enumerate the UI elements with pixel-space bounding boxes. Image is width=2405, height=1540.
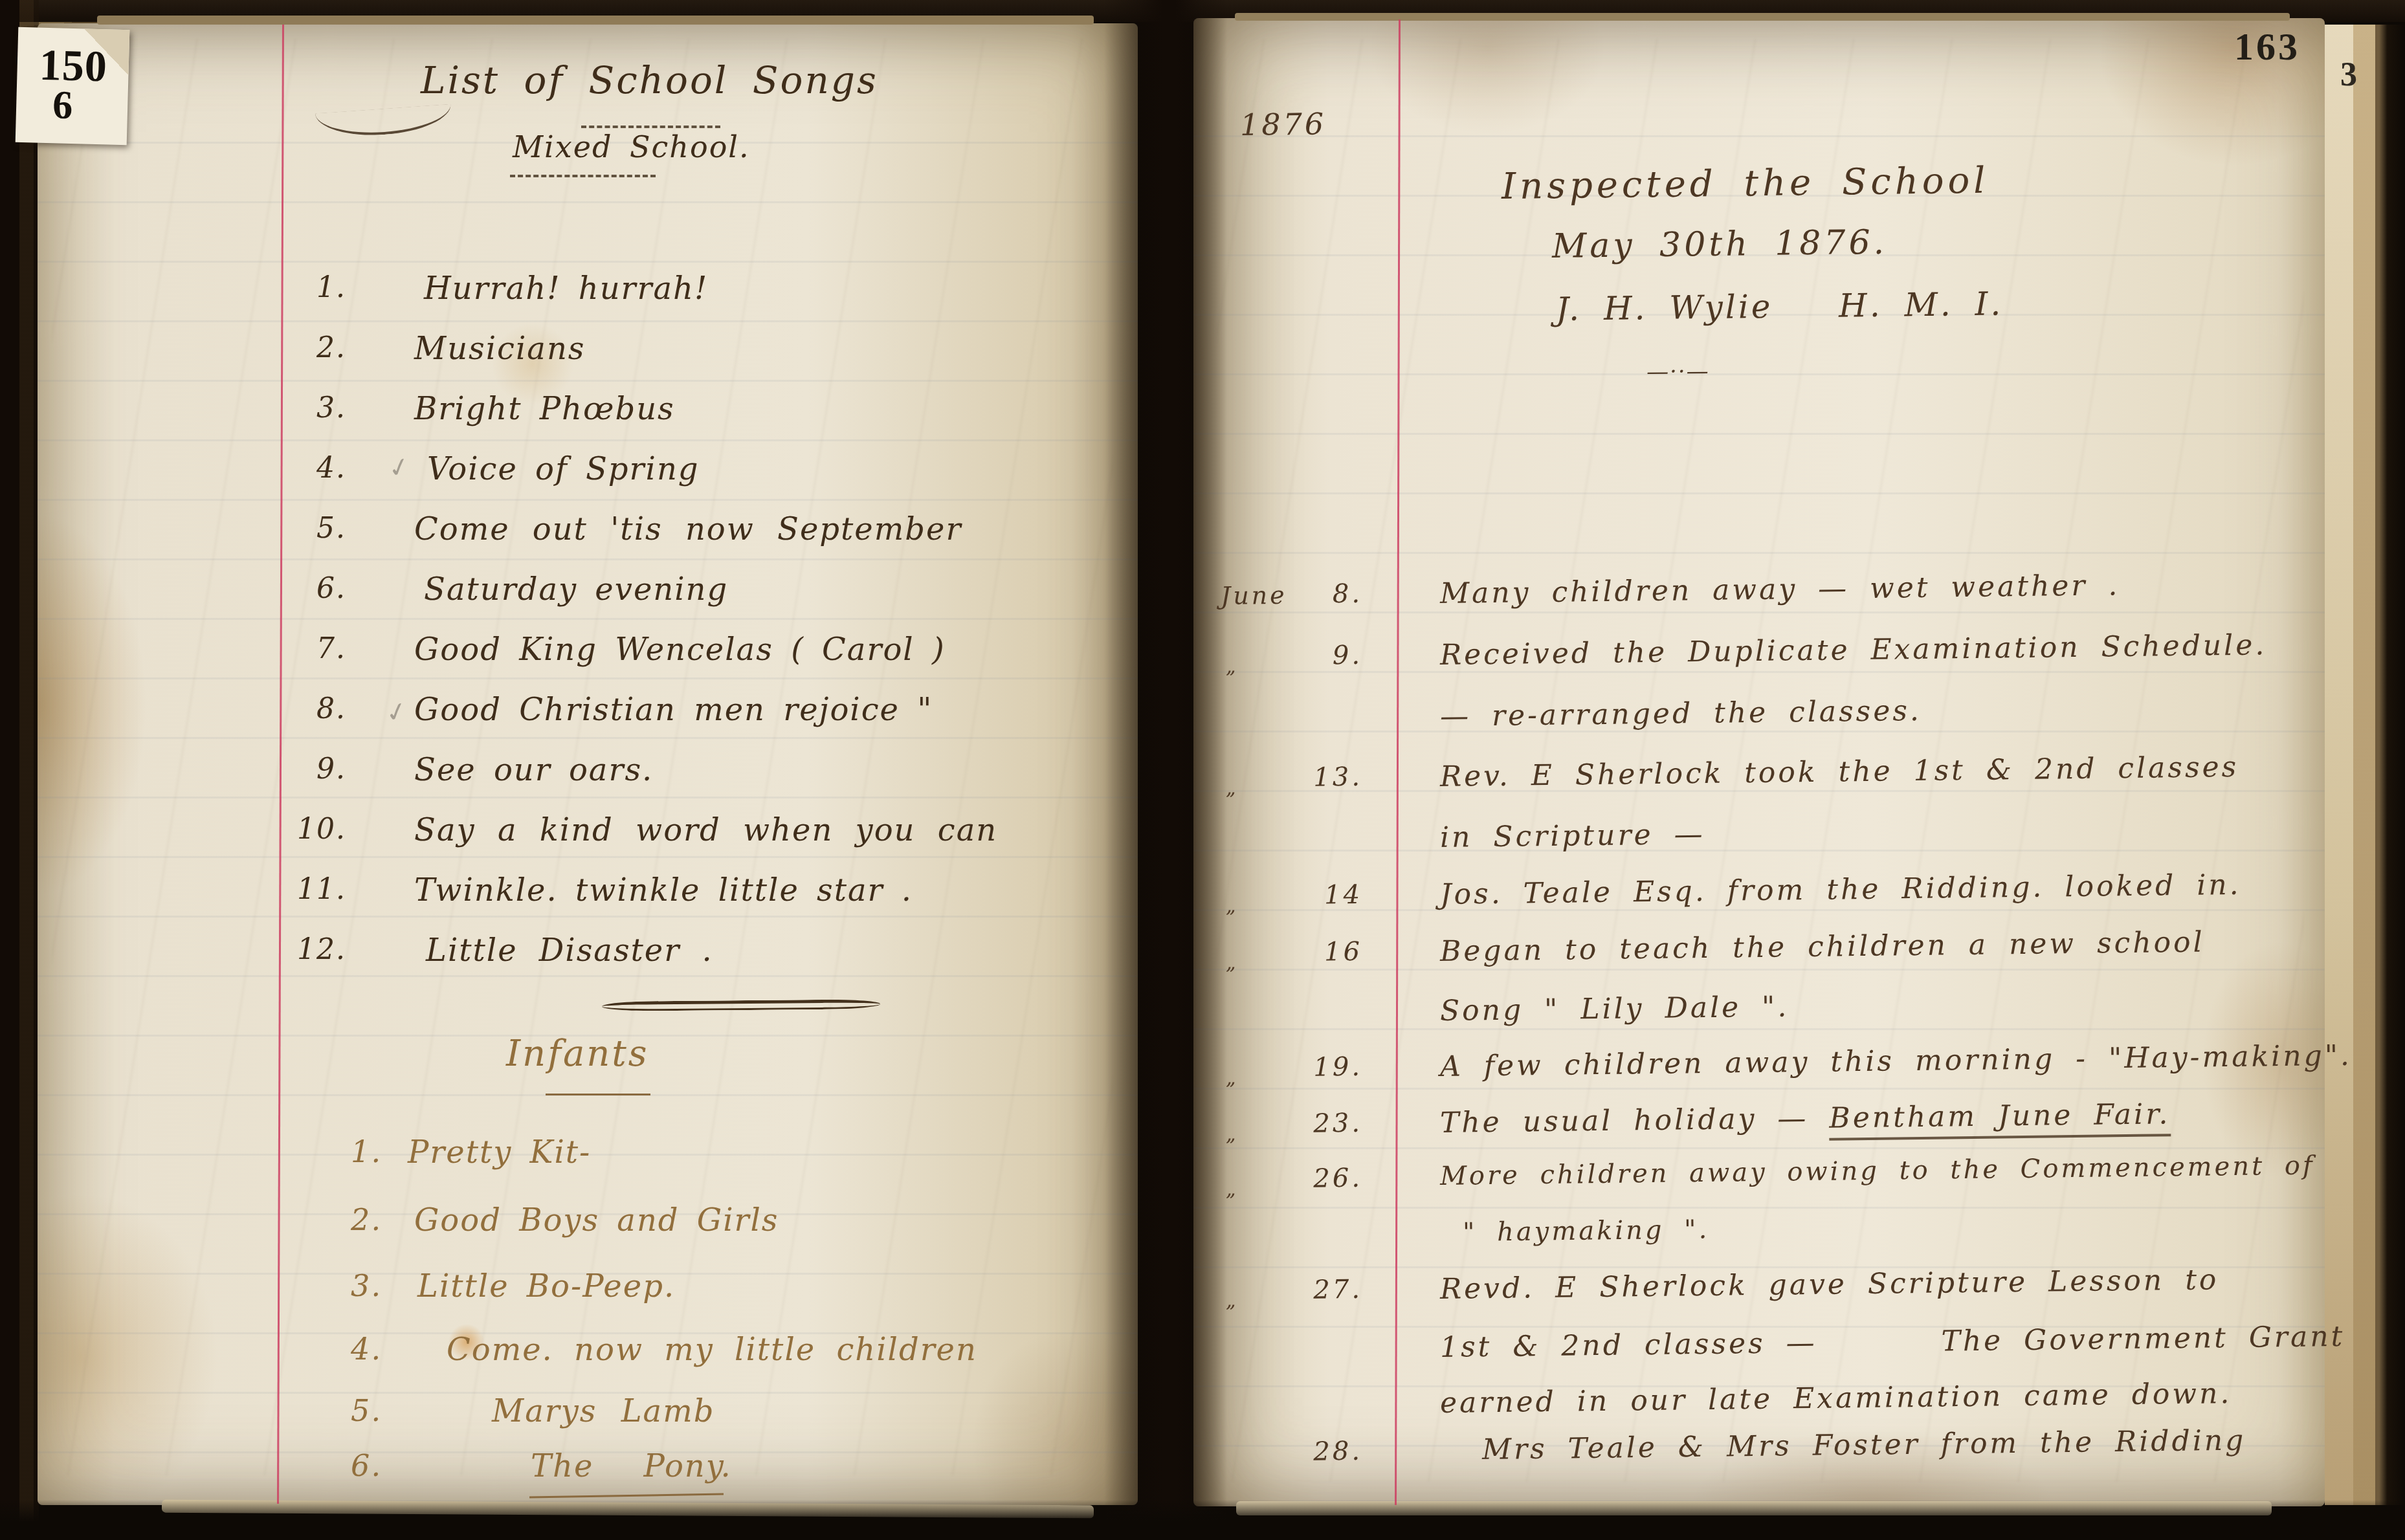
- ditto-mark: „: [1226, 1179, 1239, 1201]
- top-page-edge-left: [97, 16, 1094, 25]
- right-page-number: 163: [2234, 25, 2300, 69]
- entry-day: 19.: [1298, 1053, 1363, 1083]
- entry-text: — re-arranged the classes.: [1440, 695, 1922, 732]
- inspection-note-line2: May 30th 1876.: [1552, 224, 1888, 266]
- ditto-mark: „: [1226, 1290, 1239, 1312]
- song-number: 9.: [272, 753, 346, 785]
- entry-day: 9.: [1298, 641, 1363, 671]
- signature-flourish: —··—: [1646, 359, 1710, 384]
- song-title: Say a kind word when you can: [414, 813, 997, 848]
- left-page-number-under: 6: [52, 82, 73, 129]
- song-number: 6.: [272, 573, 346, 604]
- song-number: 12.: [272, 934, 346, 965]
- song-number: 4.: [311, 1333, 382, 1367]
- song-title: Hurrah! hurrah!: [424, 272, 708, 307]
- entry-text-lead: The usual holiday —: [1440, 1102, 1830, 1139]
- song-title: The Pony.: [531, 1449, 732, 1484]
- ditto-mark: „: [1226, 656, 1239, 678]
- song-title: Good King Wencelas ( Carol ): [414, 633, 946, 668]
- ditto-mark: „: [1226, 1124, 1239, 1146]
- inspection-note-line1: Inspected the School: [1502, 161, 1989, 208]
- title-dash-rule: [581, 126, 720, 128]
- ditto-mark: „: [1226, 778, 1239, 800]
- song-title: Little Disaster .: [426, 934, 713, 969]
- top-page-edge-right: [1235, 13, 2290, 21]
- song-number: 8.: [272, 693, 346, 725]
- entry-day: 27.: [1298, 1275, 1363, 1305]
- song-number: 10.: [272, 813, 346, 845]
- page-edge-stack-2: [2353, 25, 2375, 1505]
- ditto-mark: „: [1226, 952, 1239, 974]
- entry-day: 23.: [1298, 1109, 1363, 1139]
- song-title: See our oars.: [414, 753, 653, 788]
- left-corner-label: 150 6: [16, 27, 130, 145]
- song-number: 4.: [272, 452, 346, 484]
- entry-text: in Scripture —: [1440, 819, 1705, 853]
- year-label: 1876: [1240, 107, 1327, 142]
- page-subtitle: Mixed School.: [513, 131, 750, 164]
- entry-text: Song " Lily Dale ".: [1440, 991, 1790, 1027]
- song-number: 1.: [311, 1136, 382, 1169]
- song-number: 3.: [311, 1270, 382, 1303]
- song-title: Come. now my little children: [447, 1333, 977, 1368]
- photo-bottom-shadow: [0, 1500, 2405, 1540]
- book-right-edge: [2375, 25, 2405, 1505]
- song-title: Bright Phœbus: [414, 392, 675, 427]
- song-number: 2.: [311, 1204, 382, 1237]
- page-title: List of School Songs: [421, 60, 878, 102]
- entry-day: 26.: [1298, 1164, 1363, 1194]
- book-gutter: [1104, 0, 1227, 1540]
- song-title: Good Boys and Girls: [414, 1204, 779, 1238]
- song-title: Little Bo-Peep.: [417, 1270, 675, 1304]
- song-number: 5.: [272, 512, 346, 544]
- logbook-photo: 150 6 163 3 List of School Songs Mixed S…: [0, 0, 2405, 1540]
- entry-day: 28.: [1298, 1437, 1363, 1467]
- song-title: Pretty Kit-: [408, 1136, 591, 1171]
- entry-day: 14: [1298, 881, 1363, 910]
- entry-text: " haymaking ".: [1463, 1215, 1710, 1247]
- entry-text-underlined: Bentham June Fair.: [1829, 1097, 2171, 1140]
- ditto-mark: „: [1226, 896, 1239, 918]
- entry-day: 8.: [1298, 580, 1363, 610]
- song-title: Good Christian men rejoice ": [414, 693, 933, 728]
- subtitle-dash-rule: [510, 175, 656, 177]
- entry-month: June: [1221, 582, 1287, 610]
- entry-day: 13.: [1298, 763, 1363, 793]
- infants-heading: Infants: [506, 1034, 649, 1075]
- song-number: 3.: [272, 392, 346, 424]
- page-edge-stack-1: [2325, 25, 2353, 1505]
- entry-day: 16: [1298, 938, 1363, 967]
- song-title: Saturday evening: [424, 573, 728, 608]
- song-title: Twinkle. twinkle little star .: [414, 874, 913, 908]
- infants-underline: [546, 1094, 650, 1095]
- song-number: 11.: [272, 874, 346, 905]
- book-spine-left-edge: [0, 0, 39, 1540]
- song-number: 6.: [311, 1449, 382, 1483]
- song-number: 5.: [311, 1394, 382, 1428]
- song-title: Marys Lamb: [492, 1394, 715, 1429]
- song-title: Come out 'tis now September: [414, 512, 962, 547]
- song-number: 1.: [272, 272, 346, 303]
- song-title: Musicians: [414, 332, 585, 367]
- song-title: Voice of Spring: [427, 452, 700, 487]
- song-number: 7.: [272, 633, 346, 665]
- edge-page-number: 3: [2340, 56, 2357, 94]
- left-page-number: 150: [39, 39, 108, 93]
- song-number: 2.: [272, 332, 346, 364]
- inspector-signature: J. H. Wylie H. M. I.: [1556, 286, 2004, 327]
- ditto-mark: „: [1226, 1068, 1239, 1090]
